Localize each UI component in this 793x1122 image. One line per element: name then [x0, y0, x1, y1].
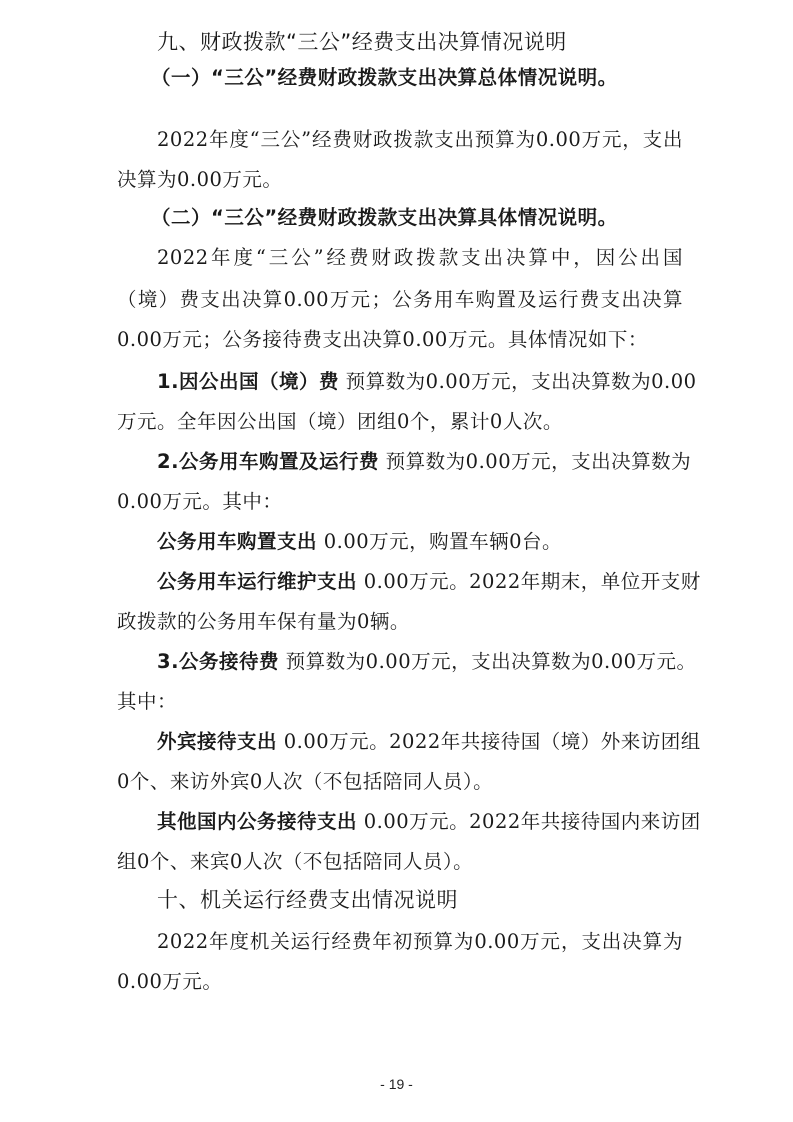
item-2-line-2: 0.00万元。其中：	[117, 490, 282, 514]
section-10-paragraph-line-2: 0.00万元。	[117, 970, 222, 994]
item-1-line-1: 1.因公出国（境）费 预算数为0.00万元，支出决算数为0.00	[157, 370, 697, 394]
foreign-reception-label: 外宾接待支出	[157, 730, 277, 753]
section-9-heading: 九、财政拨款“三公”经费支出决算情况说明	[157, 30, 567, 54]
item-3-label: 3.公务接待费	[157, 650, 279, 673]
subsection-1-paragraph-line-2: 决算为0.00万元。	[117, 168, 282, 192]
domestic-reception-text: 0.00万元。2022年共接待国内来访团	[357, 810, 701, 833]
vehicle-purchase-line: 公务用车购置支出 0.00万元，购置车辆0台。	[157, 530, 562, 554]
item-1-text: 预算数为0.00万元，支出决算数为0.00	[339, 370, 697, 393]
foreign-reception-line-1: 外宾接待支出 0.00万元。2022年共接待国（境）外来访团组	[157, 730, 701, 754]
item-2-line-1: 2.公务用车购置及运行费 预算数为0.00万元，支出决算数为	[157, 450, 691, 474]
item-1-label: 1.因公出国（境）费	[157, 370, 339, 393]
domestic-reception-line-2: 组0个、来宾0人次（不包括陪同人员）。	[117, 850, 473, 874]
domestic-reception-label: 其他国内公务接待支出	[157, 810, 357, 833]
vehicle-maintenance-text: 0.00万元。2022年期末，单位开支财	[357, 570, 701, 593]
domestic-reception-line-1: 其他国内公务接待支出 0.00万元。2022年共接待国内来访团	[157, 810, 701, 834]
subsection-2-paragraph-line-1: 2022年度“三公”经费财政拨款支出决算中，因公出国	[157, 246, 683, 270]
item-3-line-2: 其中：	[117, 690, 177, 714]
page-number: - 19 -	[0, 1076, 793, 1092]
subsection-2-paragraph-line-2: （境）费支出决算0.00万元；公务用车购置及运行费支出决算	[117, 288, 683, 312]
subsection-2-paragraph-line-3: 0.00万元；公务接待费支出决算0.00万元。具体情况如下：	[117, 328, 648, 352]
item-2-text: 预算数为0.00万元，支出决算数为	[379, 450, 691, 473]
foreign-reception-line-2: 0个、来访外宾0人次（不包括陪同人员）。	[117, 770, 493, 794]
foreign-reception-text: 0.00万元。2022年共接待国（境）外来访团组	[277, 730, 701, 753]
item-3-text: 预算数为0.00万元，支出决算数为0.00万元。	[279, 650, 697, 673]
subsection-2-heading: （二）“三公”经费财政拨款支出决算具体情况说明。	[151, 206, 618, 230]
vehicle-maintenance-label: 公务用车运行维护支出	[157, 570, 357, 593]
item-1-line-2: 万元。全年因公出国（境）团组0个，累计0人次。	[117, 410, 563, 434]
item-2-label: 2.公务用车购置及运行费	[157, 450, 379, 473]
vehicle-maintenance-line-2: 政拨款的公务用车保有量为0辆。	[117, 610, 410, 634]
vehicle-maintenance-line-1: 公务用车运行维护支出 0.00万元。2022年期末，单位开支财	[157, 570, 701, 594]
item-3-line-1: 3.公务接待费 预算数为0.00万元，支出决算数为0.00万元。	[157, 650, 697, 674]
vehicle-purchase-label: 公务用车购置支出	[157, 530, 317, 553]
section-10-paragraph-line-1: 2022年度机关运行经费年初预算为0.00万元，支出决算为	[157, 930, 683, 954]
section-10-heading: 十、机关运行经费支出情况说明	[157, 888, 458, 912]
vehicle-purchase-text: 0.00万元，购置车辆0台。	[317, 530, 562, 553]
subsection-1-paragraph-line-1: 2022年度“三公”经费财政拨款支出预算为0.00万元，支出	[157, 128, 683, 152]
subsection-1-heading: （一）“三公”经费财政拨款支出决算总体情况说明。	[151, 66, 618, 90]
